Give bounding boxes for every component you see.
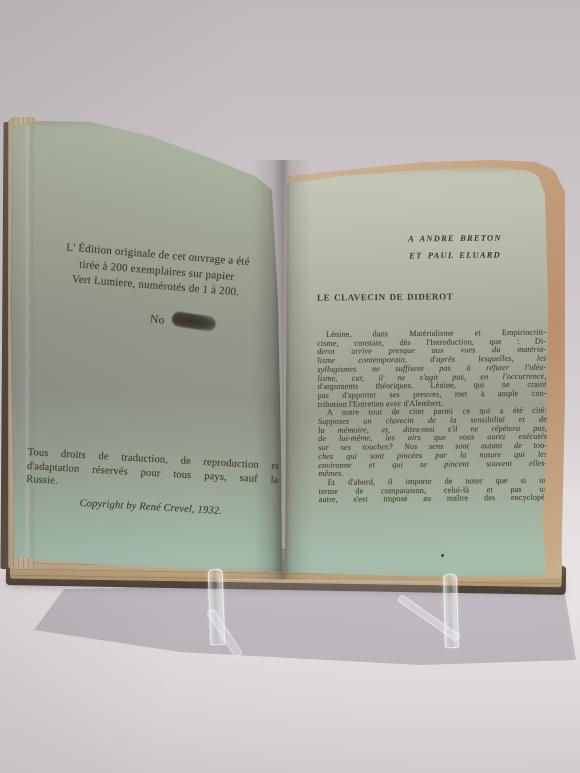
rights-block: Tous droits de traduction, de reproducti… [25, 446, 280, 521]
dedication-block: A ANDRE BRETONET PAUL ELUARD [399, 229, 511, 264]
body-text: Lénine, dans Matérialisme et Empiriocrit… [317, 329, 548, 505]
left-page: L' Édition originale de cet ouvrage a ét… [6, 116, 284, 578]
page-crease [26, 116, 33, 578]
text-line: A ANDRE BRETON [399, 229, 511, 247]
text-line: ET PAUL ELUARD [399, 246, 511, 264]
paragraph: Lénine, dans Matérialisme et Empiriocrit… [317, 329, 547, 410]
copy-number-line: No [59, 303, 284, 340]
photo-scene: L' Édition originale de cet ouvrage a ét… [0, 0, 580, 773]
text-line: autre, s'est imposé au maître des encycl… [319, 494, 548, 505]
right-page: A ANDRE BRETONET PAUL ELUARD LE CLAVECIN… [281, 164, 568, 582]
copy-number-stamp [171, 310, 217, 331]
paper-speck [441, 554, 444, 557]
colophon-block: L' Édition originale de cet ouvrage a ét… [30, 238, 282, 337]
rights-lines: Tous droits de traduction, de reproducti… [26, 446, 280, 501]
paragraph: Et d'abord, il importe de noter que si u… [319, 477, 548, 506]
chapter-title: LE CLAVECIN DE DIDEROT [317, 291, 453, 302]
colophon-lines: L' Édition originale de cet ouvrage a ét… [32, 238, 281, 304]
copy-number-label: No [150, 313, 165, 326]
paragraph: A notre tour de citer parmi ce qui a été… [318, 407, 548, 479]
